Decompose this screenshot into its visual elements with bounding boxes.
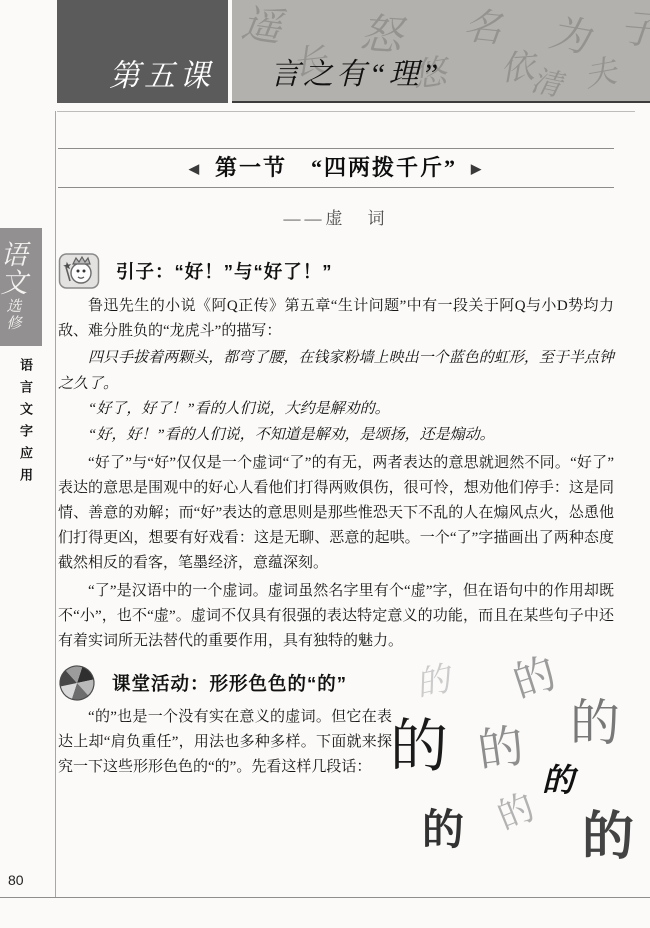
decor-de-glyph: 的 bbox=[413, 663, 453, 703]
activity-heading-row: 课堂活动：形形色色的“的” bbox=[58, 664, 392, 702]
intro-paragraph-1: 鲁迅先生的小说《阿Q正传》第五章“生计问题”中有一段关于阿Q与小D势均力敌、难分… bbox=[58, 294, 614, 344]
lesson-title: 言之有“理” bbox=[270, 49, 441, 93]
quote-line: “好，好！”看的人们说，不知道是解劝，是颂扬，还是煽动。 bbox=[58, 423, 614, 449]
decor-de-glyph: 的 bbox=[542, 764, 574, 796]
content-left-border bbox=[55, 111, 56, 897]
section-title: ◀第一节 “四两拨千斤”▶ bbox=[58, 149, 614, 187]
activity-paragraph-1: “的”也是一个没有实在意义的虚词。但它在表达上却“肩负重任”，用法也多种多样。下… bbox=[58, 705, 392, 780]
intro-heading: 引子：“好！”与“好了！” bbox=[116, 258, 333, 284]
section-subtitle: ——虚 词 bbox=[58, 204, 614, 229]
decor-de-glyph: 的 bbox=[493, 789, 540, 836]
spine-tab: 语 文 选 修 bbox=[0, 228, 42, 346]
activity-heading: 课堂活动：形形色色的“的” bbox=[112, 670, 347, 696]
decor-de-glyph: 的 bbox=[570, 698, 620, 748]
section-title-text: 第一节 “四两拨千斤” bbox=[215, 155, 457, 180]
decor-de-glyph: 的 bbox=[475, 723, 527, 775]
decor-de-glyph: 的 bbox=[422, 810, 464, 852]
quote-line: 四只手拔着两颗头，都弯了腰，在钱家粉墙上映出一个蓝色的虹形，至于半点钟之久了。 bbox=[58, 346, 614, 397]
activity-section: 课堂活动：形形色色的“的” “的”也是一个没有实在意义的虚词。但它在表达上却“肩… bbox=[58, 664, 614, 780]
quote-block: 四只手拔着两颗头，都弯了腰，在钱家粉墙上映出一个蓝色的虹形，至于半点钟之久了。 … bbox=[58, 346, 614, 448]
quote-line: “好了，好了！”看的人们说，大约是解劝的。 bbox=[58, 397, 614, 423]
decorative-de-characters: 的 的 的 的 的 的 的 的 的 bbox=[386, 652, 636, 902]
section-rule-bottom bbox=[58, 187, 614, 188]
spine-edition-char: 修 bbox=[6, 317, 21, 333]
beach-ball-icon bbox=[58, 664, 96, 702]
spine-edition-char: 选 bbox=[6, 300, 21, 316]
decor-de-glyph: 的 bbox=[582, 812, 634, 864]
spine-subject-char: 文 bbox=[1, 269, 28, 297]
intro-paragraph-3: “了”是汉语中的一个虚词。虚词虽然名字里有个“虚”字，但在语句中的作用却既不“小… bbox=[58, 579, 614, 654]
spine-series-title: 语言文字应用 bbox=[16, 358, 35, 490]
decor-de-glyph: 的 bbox=[509, 653, 562, 706]
page-number: 80 bbox=[8, 872, 24, 888]
textbook-page: 第五课 遥 长 怒 悠 名 依 为 夫 子 清 言之有“理” 语 文 选 修 语… bbox=[0, 0, 650, 928]
intro-heading-row: 引子：“好！”与“好了！” bbox=[58, 251, 614, 291]
intro-paragraph-2: “好了”与“好”仅仅是一个虚词“了”的有无，两者表达的意思就迥然不同。“好了”表… bbox=[58, 451, 614, 576]
spine-subject-char: 语 bbox=[1, 241, 28, 269]
mascot-crown-icon bbox=[58, 251, 100, 291]
main-content: ◀第一节 “四两拨千斤”▶ ——虚 词 引子：“好！”与“好了！” 鲁迅先生的小… bbox=[58, 0, 614, 780]
decor-de-glyph: 的 bbox=[390, 718, 448, 776]
right-triangle-icon: ▶ bbox=[457, 161, 497, 176]
left-triangle-icon: ◀ bbox=[175, 161, 215, 176]
page-bottom-border bbox=[0, 897, 650, 898]
calligraphy-glyph: 子 bbox=[618, 0, 650, 57]
